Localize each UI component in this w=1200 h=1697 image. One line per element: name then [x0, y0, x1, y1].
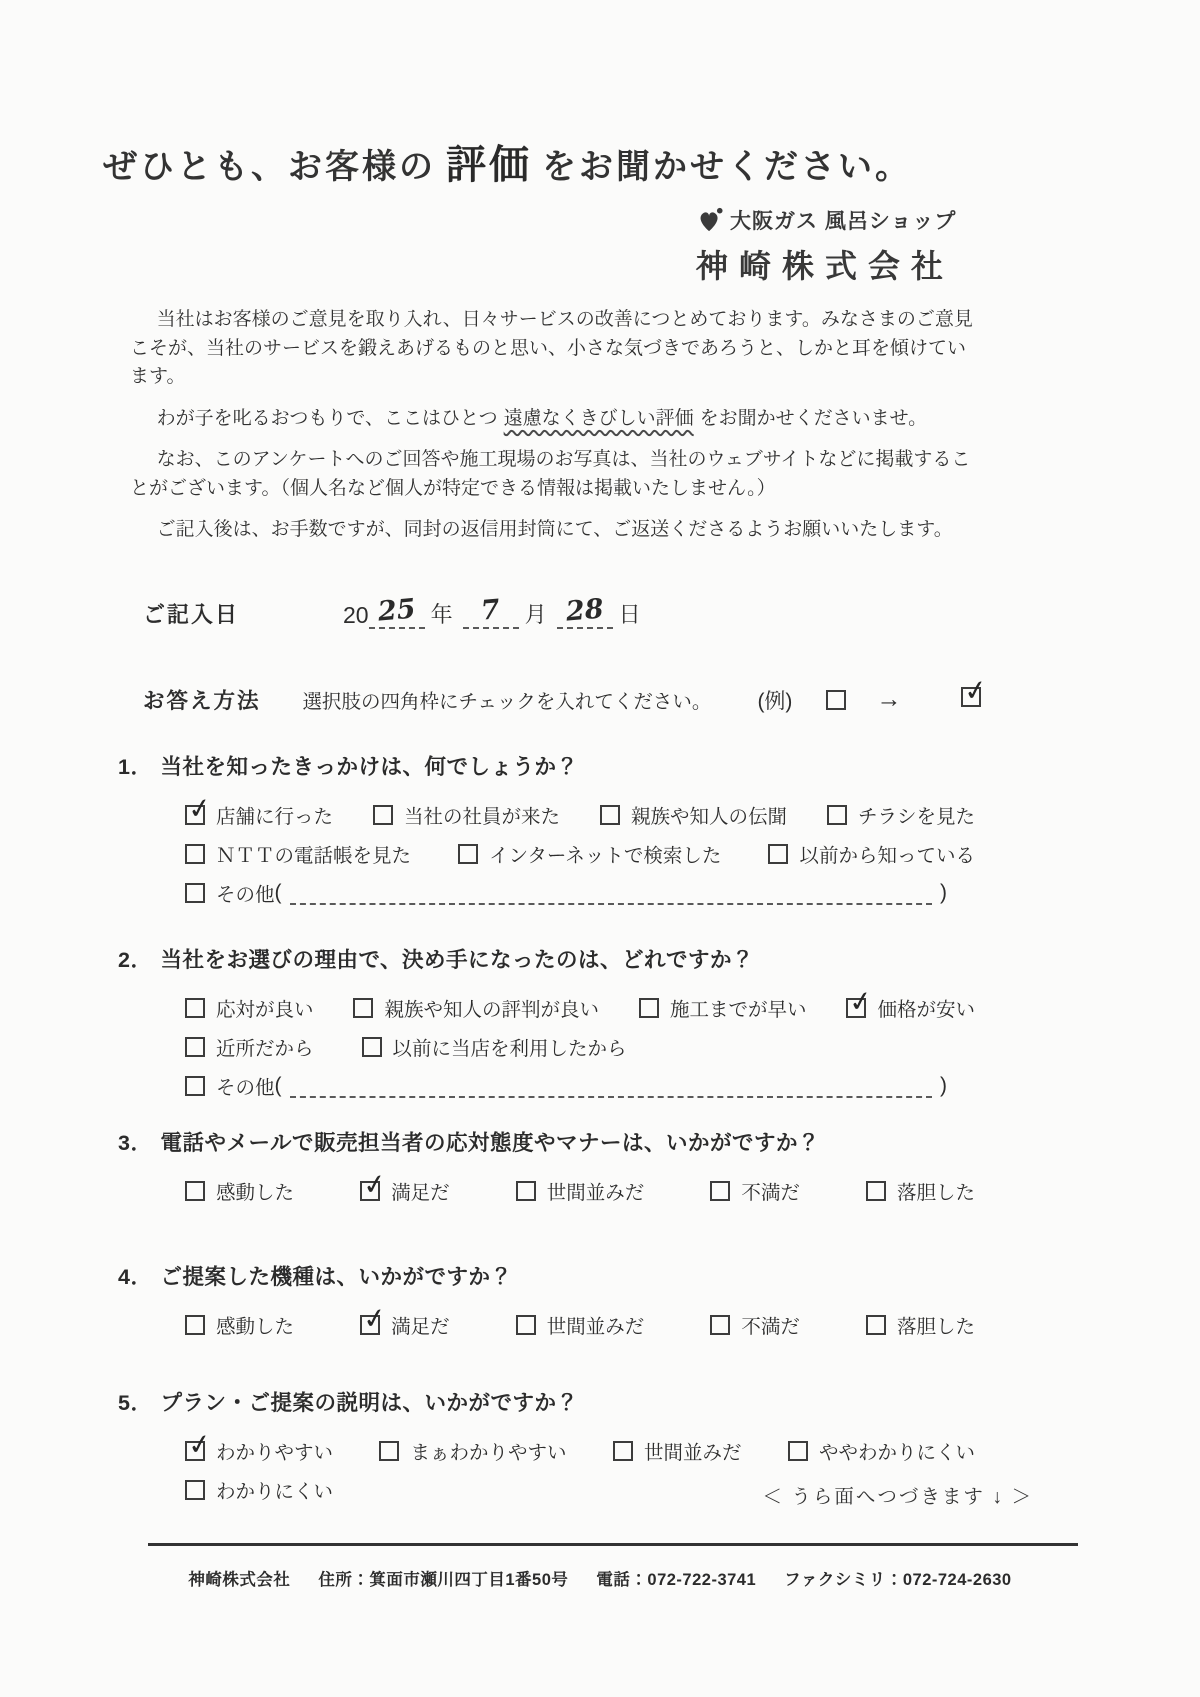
- other-option-row: その他 ( ): [185, 1072, 947, 1100]
- question-text: 電話やメールで販売担当者の応対態度やマナーは、いかがですか？: [160, 1131, 820, 1155]
- checkbox-icon[interactable]: ✓: [379, 1441, 399, 1461]
- title-suffix: をお聞かせください。: [542, 148, 912, 186]
- option-label: 不満だ: [741, 1311, 800, 1339]
- checkbox-icon[interactable]: ✓: [185, 1441, 205, 1461]
- footer-divider: [148, 1543, 1078, 1546]
- checkbox-option[interactable]: ✓ 応対が良い: [185, 994, 314, 1022]
- intro-p2-prefix: わが子を叱るおつもりで、ここはひとつ: [157, 408, 498, 429]
- question-2-title: 2．当社をお選びの理由で、決め手になったのは、どれですか？: [118, 943, 975, 974]
- example-label: (例): [757, 685, 792, 715]
- option-label: 世間並みだ: [644, 1437, 742, 1465]
- checkbox-option[interactable]: ✓ 感動した: [185, 1311, 294, 1339]
- checkbox-icon[interactable]: ✓: [710, 1181, 730, 1201]
- options-row: ✓ わかりやすい ✓ まぁわかりやすい ✓ 世間並みだ ✓ ややわかりにくい: [185, 1437, 975, 1465]
- checkbox-icon[interactable]: ✓: [185, 844, 205, 864]
- question-text: 当社をお選びの理由で、決め手になったのは、どれですか？: [160, 948, 754, 972]
- answer-method-instruction: 選択肢の四角枠にチェックを入れてください。: [303, 686, 712, 714]
- checkbox-icon[interactable]: ✓: [846, 998, 866, 1018]
- company-name: 神崎株式会社: [696, 241, 971, 287]
- year-field[interactable]: 25: [369, 597, 425, 629]
- options-row: ✓ 応対が良い ✓ 親族や知人の評判が良い ✓ 施工までが早い ✓ 価格が安い: [185, 994, 975, 1022]
- option-label: インターネットで検索した: [489, 840, 721, 868]
- option-label: ややわかりにくい: [819, 1437, 975, 1465]
- option-label: 感動した: [216, 1311, 294, 1339]
- checkbox-option[interactable]: ✓ わかりやすい: [185, 1437, 333, 1465]
- options-row: ✓ 店舗に行った ✓ 当社の社員が来た ✓ 親族や知人の伝聞 ✓ チラシを見た: [185, 801, 975, 829]
- checkbox-icon[interactable]: ✓: [516, 1315, 536, 1335]
- option-label: 親族や知人の評判が良い: [384, 994, 599, 1022]
- intro-paragraph-1: 当社はお客様のご意見を取り入れ、日々サービスの改善につとめております。みなさまの…: [130, 306, 975, 392]
- answer-method-line: お答え方法 選択肢の四角枠にチェックを入れてください。 (例) ✓ → ✓: [143, 684, 981, 715]
- year-unit: 年: [431, 598, 453, 629]
- title-emphasis: 評価: [446, 143, 532, 187]
- paren-close: ): [940, 1074, 947, 1098]
- intro-p2-suffix: をお聞かせくださいませ。: [700, 408, 927, 429]
- checkbox-icon[interactable]: ✓: [185, 1181, 205, 1201]
- question-number: 1．: [118, 755, 152, 779]
- checkbox-icon[interactable]: ✓: [353, 998, 373, 1018]
- question-number: 4．: [118, 1265, 152, 1289]
- checkbox-option[interactable]: ✓ ややわかりにくい: [788, 1437, 975, 1465]
- footer-fax: ファクシミリ：072-724-2630: [784, 1566, 1011, 1590]
- question-number: 2．: [118, 948, 152, 972]
- checkbox-icon[interactable]: ✓: [360, 1315, 380, 1335]
- entry-date-line: ご記入日 20 25 年 7 月 28 日: [143, 597, 651, 629]
- question-text: プラン・ご提案の説明は、いかがですか？: [160, 1391, 578, 1415]
- checkbox-icon[interactable]: ✓: [639, 998, 659, 1018]
- footer-contact: 神崎株式会社 住所：箕面市瀬川四丁目1番50号 電話：072-722-3741 …: [100, 1566, 1100, 1590]
- entry-date-label: ご記入日: [143, 598, 239, 629]
- option-label: チラシを見た: [858, 801, 975, 829]
- question-text: ご提案した機種は、いかがですか？: [160, 1265, 512, 1289]
- checkbox-icon[interactable]: ✓: [768, 844, 788, 864]
- osaka-gas-heart-icon: [696, 207, 724, 233]
- checkbox-icon[interactable]: ✓: [788, 1441, 808, 1461]
- option-label: 不満だ: [741, 1177, 800, 1205]
- checkbox-icon[interactable]: ✓: [185, 998, 205, 1018]
- options-row: ✓ 感動した ✓ 満足だ ✓ 世間並みだ ✓ 不満だ ✓ 落胆した: [185, 1177, 975, 1205]
- check-mark-icon: ✓: [361, 1304, 388, 1335]
- checkbox-icon[interactable]: ✓: [185, 1315, 205, 1335]
- checkbox-option[interactable]: ✓ 親族や知人の伝聞: [600, 801, 787, 829]
- other-option-row: その他 ( ): [185, 879, 947, 907]
- option-label: その他: [216, 879, 275, 907]
- option-label: 施工までが早い: [670, 994, 807, 1022]
- checkbox-icon[interactable]: ✓: [827, 805, 847, 825]
- year-handwritten: 25: [377, 595, 417, 625]
- checkbox-icon[interactable]: ✓: [185, 805, 205, 825]
- check-mark-icon: ✓: [848, 987, 875, 1018]
- option-label: 価格が安い: [877, 994, 975, 1022]
- check-mark-icon: ✓: [963, 675, 990, 706]
- footer-phone: 電話：072-722-3741: [596, 1566, 756, 1590]
- survey-form-page: ぜひとも、お客様の評価をお聞かせください。 大阪ガス 風呂ショップ 神崎株式会社…: [0, 0, 1200, 1697]
- day-field[interactable]: 28: [557, 597, 613, 629]
- option-label: 世間並みだ: [547, 1177, 645, 1205]
- question-3: 3．電話やメールで販売担当者の応対態度やマナーは、いかがですか？ ✓ 感動した …: [118, 1126, 975, 1205]
- question-3-title: 3．電話やメールで販売担当者の応対態度やマナーは、いかがですか？: [118, 1126, 975, 1157]
- other-text-field[interactable]: [290, 881, 932, 905]
- option-label: 落胆した: [897, 1177, 975, 1205]
- checkbox-option[interactable]: ✓ 価格が安い: [846, 994, 975, 1022]
- checkbox-icon[interactable]: ✓: [362, 1037, 382, 1057]
- check-mark-icon: ✓: [186, 1430, 213, 1461]
- checkbox-option[interactable]: ✓ 感動した: [185, 1177, 294, 1205]
- option-label: 近所だから: [216, 1033, 314, 1061]
- brand-shop-name: 大阪ガス 風呂ショップ: [730, 205, 956, 235]
- checkbox-option[interactable]: ✓ ＮＴＴの電話帳を見た: [185, 840, 411, 868]
- company-logo: 大阪ガス 風呂ショップ 神崎株式会社: [696, 205, 971, 287]
- question-4: 4．ご提案した機種は、いかがですか？ ✓ 感動した ✓ 満足だ ✓ 世間並みだ …: [118, 1260, 975, 1339]
- question-number: 5．: [118, 1391, 152, 1415]
- day-handwritten: 28: [565, 595, 605, 625]
- brand-line: 大阪ガス 風呂ショップ: [696, 205, 971, 235]
- title-prefix: ぜひとも、お客様の: [103, 148, 436, 186]
- month-field[interactable]: 7: [463, 597, 519, 629]
- checkbox-option[interactable]: ✓ まぁわかりやすい: [379, 1437, 566, 1465]
- option-label: 落胆した: [897, 1311, 975, 1339]
- question-5-title: 5．プラン・ご提案の説明は、いかがですか？: [118, 1386, 975, 1417]
- checkbox-option[interactable]: ✓ 店舗に行った: [185, 801, 333, 829]
- option-label: 世間並みだ: [547, 1311, 645, 1339]
- option-label: 店舗に行った: [216, 801, 333, 829]
- other-text-field[interactable]: [290, 1074, 932, 1098]
- option-label: 当社の社員が来た: [404, 801, 560, 829]
- checkbox-option[interactable]: ✓ 落胆した: [866, 1177, 975, 1205]
- option-label: まぁわかりやすい: [410, 1437, 566, 1465]
- checkbox-icon[interactable]: ✓: [458, 844, 478, 864]
- month-unit: 月: [525, 598, 547, 629]
- checkbox-option[interactable]: ✓ 不満だ: [710, 1311, 800, 1339]
- checkbox-option[interactable]: ✓ 落胆した: [866, 1311, 975, 1339]
- option-label: 満足だ: [391, 1311, 450, 1339]
- paren-open: (: [275, 881, 282, 905]
- checkbox-option[interactable]: ✓ 当社の社員が来た: [373, 801, 560, 829]
- check-mark-icon: ✓: [361, 1170, 388, 1201]
- example-checkbox-empty: ✓: [826, 690, 846, 710]
- checkbox-option-other[interactable]: その他: [185, 1072, 275, 1100]
- option-label: わかりやすい: [216, 1437, 333, 1465]
- option-label: 以前に当店を利用したから: [393, 1033, 627, 1061]
- options-row: ✓ 感動した ✓ 満足だ ✓ 世間並みだ ✓ 不満だ ✓ 落胆した: [185, 1311, 975, 1339]
- checkbox-icon[interactable]: [185, 1076, 205, 1096]
- question-number: 3．: [118, 1131, 152, 1155]
- checkbox-icon[interactable]: ✓: [600, 805, 620, 825]
- question-2: 2．当社をお選びの理由で、決め手になったのは、どれですか？ ✓ 応対が良い ✓ …: [118, 943, 975, 1100]
- intro-paragraph-2: わが子を叱るおつもりで、ここはひとつ遠慮なくきびしい評価をお聞かせくださいませ。: [130, 405, 975, 434]
- checkbox-icon[interactable]: ✓: [185, 1037, 205, 1057]
- checkbox-option[interactable]: ✓ チラシを見た: [827, 801, 975, 829]
- checkbox-icon[interactable]: ✓: [373, 805, 393, 825]
- checkbox-option[interactable]: ✓ 世間並みだ: [613, 1437, 742, 1465]
- checkbox-option[interactable]: ✓ 親族や知人の評判が良い: [353, 994, 599, 1022]
- checkbox-option[interactable]: ✓ 近所だから: [185, 1033, 314, 1061]
- page-title: ぜひとも、お客様の評価をお聞かせください。: [103, 133, 912, 190]
- checkbox-option[interactable]: ✓ 満足だ: [360, 1311, 450, 1339]
- checkbox-icon[interactable]: [185, 883, 205, 903]
- intro-paragraph-3: なお、このアンケートへのご回答や施工現場のお写真は、当社のウェブサイトなどに掲載…: [130, 446, 975, 503]
- checkbox-option[interactable]: ✓ 不満だ: [710, 1177, 800, 1205]
- question-text: 当社を知ったきっかけは、何でしょうか？: [160, 755, 578, 779]
- checkbox-icon: ✓: [961, 687, 981, 707]
- footer-company: 神崎株式会社: [188, 1566, 290, 1590]
- month-handwritten: 7: [480, 596, 501, 625]
- checkbox-option[interactable]: ✓ 世間並みだ: [516, 1177, 645, 1205]
- option-label: 親族や知人の伝聞: [631, 801, 787, 829]
- checkbox-icon[interactable]: ✓: [710, 1315, 730, 1335]
- paren-open: (: [275, 1074, 282, 1098]
- checkbox-option[interactable]: ✓ インターネットで検索した: [458, 840, 721, 868]
- checkbox-option[interactable]: ✓ 施工までが早い: [639, 994, 807, 1022]
- checkbox-option-other[interactable]: その他: [185, 879, 275, 907]
- intro-paragraphs: 当社はお客様のご意見を取り入れ、日々サービスの改善につとめております。みなさまの…: [130, 306, 975, 558]
- footer-address: 住所：箕面市瀬川四丁目1番50号: [318, 1566, 568, 1590]
- option-label: 応対が良い: [216, 994, 314, 1022]
- paren-close: ): [940, 881, 947, 905]
- option-label: ＮＴＴの電話帳を見た: [216, 840, 411, 868]
- year-prefix: 20: [343, 602, 369, 629]
- question-4-title: 4．ご提案した機種は、いかがですか？: [118, 1260, 975, 1291]
- question-1-title: 1．当社を知ったきっかけは、何でしょうか？: [118, 750, 975, 781]
- continue-to-back-note: ＜ うら面へつづきます ↓ ＞: [143, 1481, 1033, 1509]
- checkbox-icon[interactable]: ✓: [866, 1181, 886, 1201]
- checkbox-icon[interactable]: ✓: [516, 1181, 536, 1201]
- checkbox-option[interactable]: ✓ 以前から知っている: [768, 840, 975, 868]
- day-unit: 日: [619, 598, 641, 629]
- options-row: ✓ ＮＴＴの電話帳を見た ✓ インターネットで検索した ✓ 以前から知っている: [185, 840, 975, 868]
- intro-paragraph-4: ご記入後は、お手数ですが、同封の返信用封筒にて、ご返送くださるようお願いいたしま…: [130, 516, 975, 545]
- option-label: 感動した: [216, 1177, 294, 1205]
- checkbox-icon[interactable]: ✓: [613, 1441, 633, 1461]
- arrow-right-icon: →: [876, 685, 901, 714]
- checkbox-icon[interactable]: ✓: [866, 1315, 886, 1335]
- option-label: 以前から知っている: [799, 840, 975, 868]
- option-label: その他: [216, 1072, 275, 1100]
- example-checkbox-checked: ✓: [927, 687, 981, 713]
- question-1: 1．当社を知ったきっかけは、何でしょうか？ ✓ 店舗に行った ✓ 当社の社員が来…: [118, 750, 975, 907]
- checkbox-option[interactable]: ✓ 以前に当店を利用したから: [362, 1033, 627, 1061]
- intro-p2-emphasis: 遠慮なくきびしい評価: [504, 408, 694, 429]
- checkbox-option[interactable]: ✓ 満足だ: [360, 1177, 450, 1205]
- checkbox-option[interactable]: ✓ 世間並みだ: [516, 1311, 645, 1339]
- answer-method-label: お答え方法: [143, 684, 261, 715]
- check-mark-icon: ✓: [186, 794, 213, 825]
- options-row: ✓ 近所だから ✓ 以前に当店を利用したから: [185, 1033, 975, 1061]
- option-label: 満足だ: [391, 1177, 450, 1205]
- checkbox-icon[interactable]: ✓: [360, 1181, 380, 1201]
